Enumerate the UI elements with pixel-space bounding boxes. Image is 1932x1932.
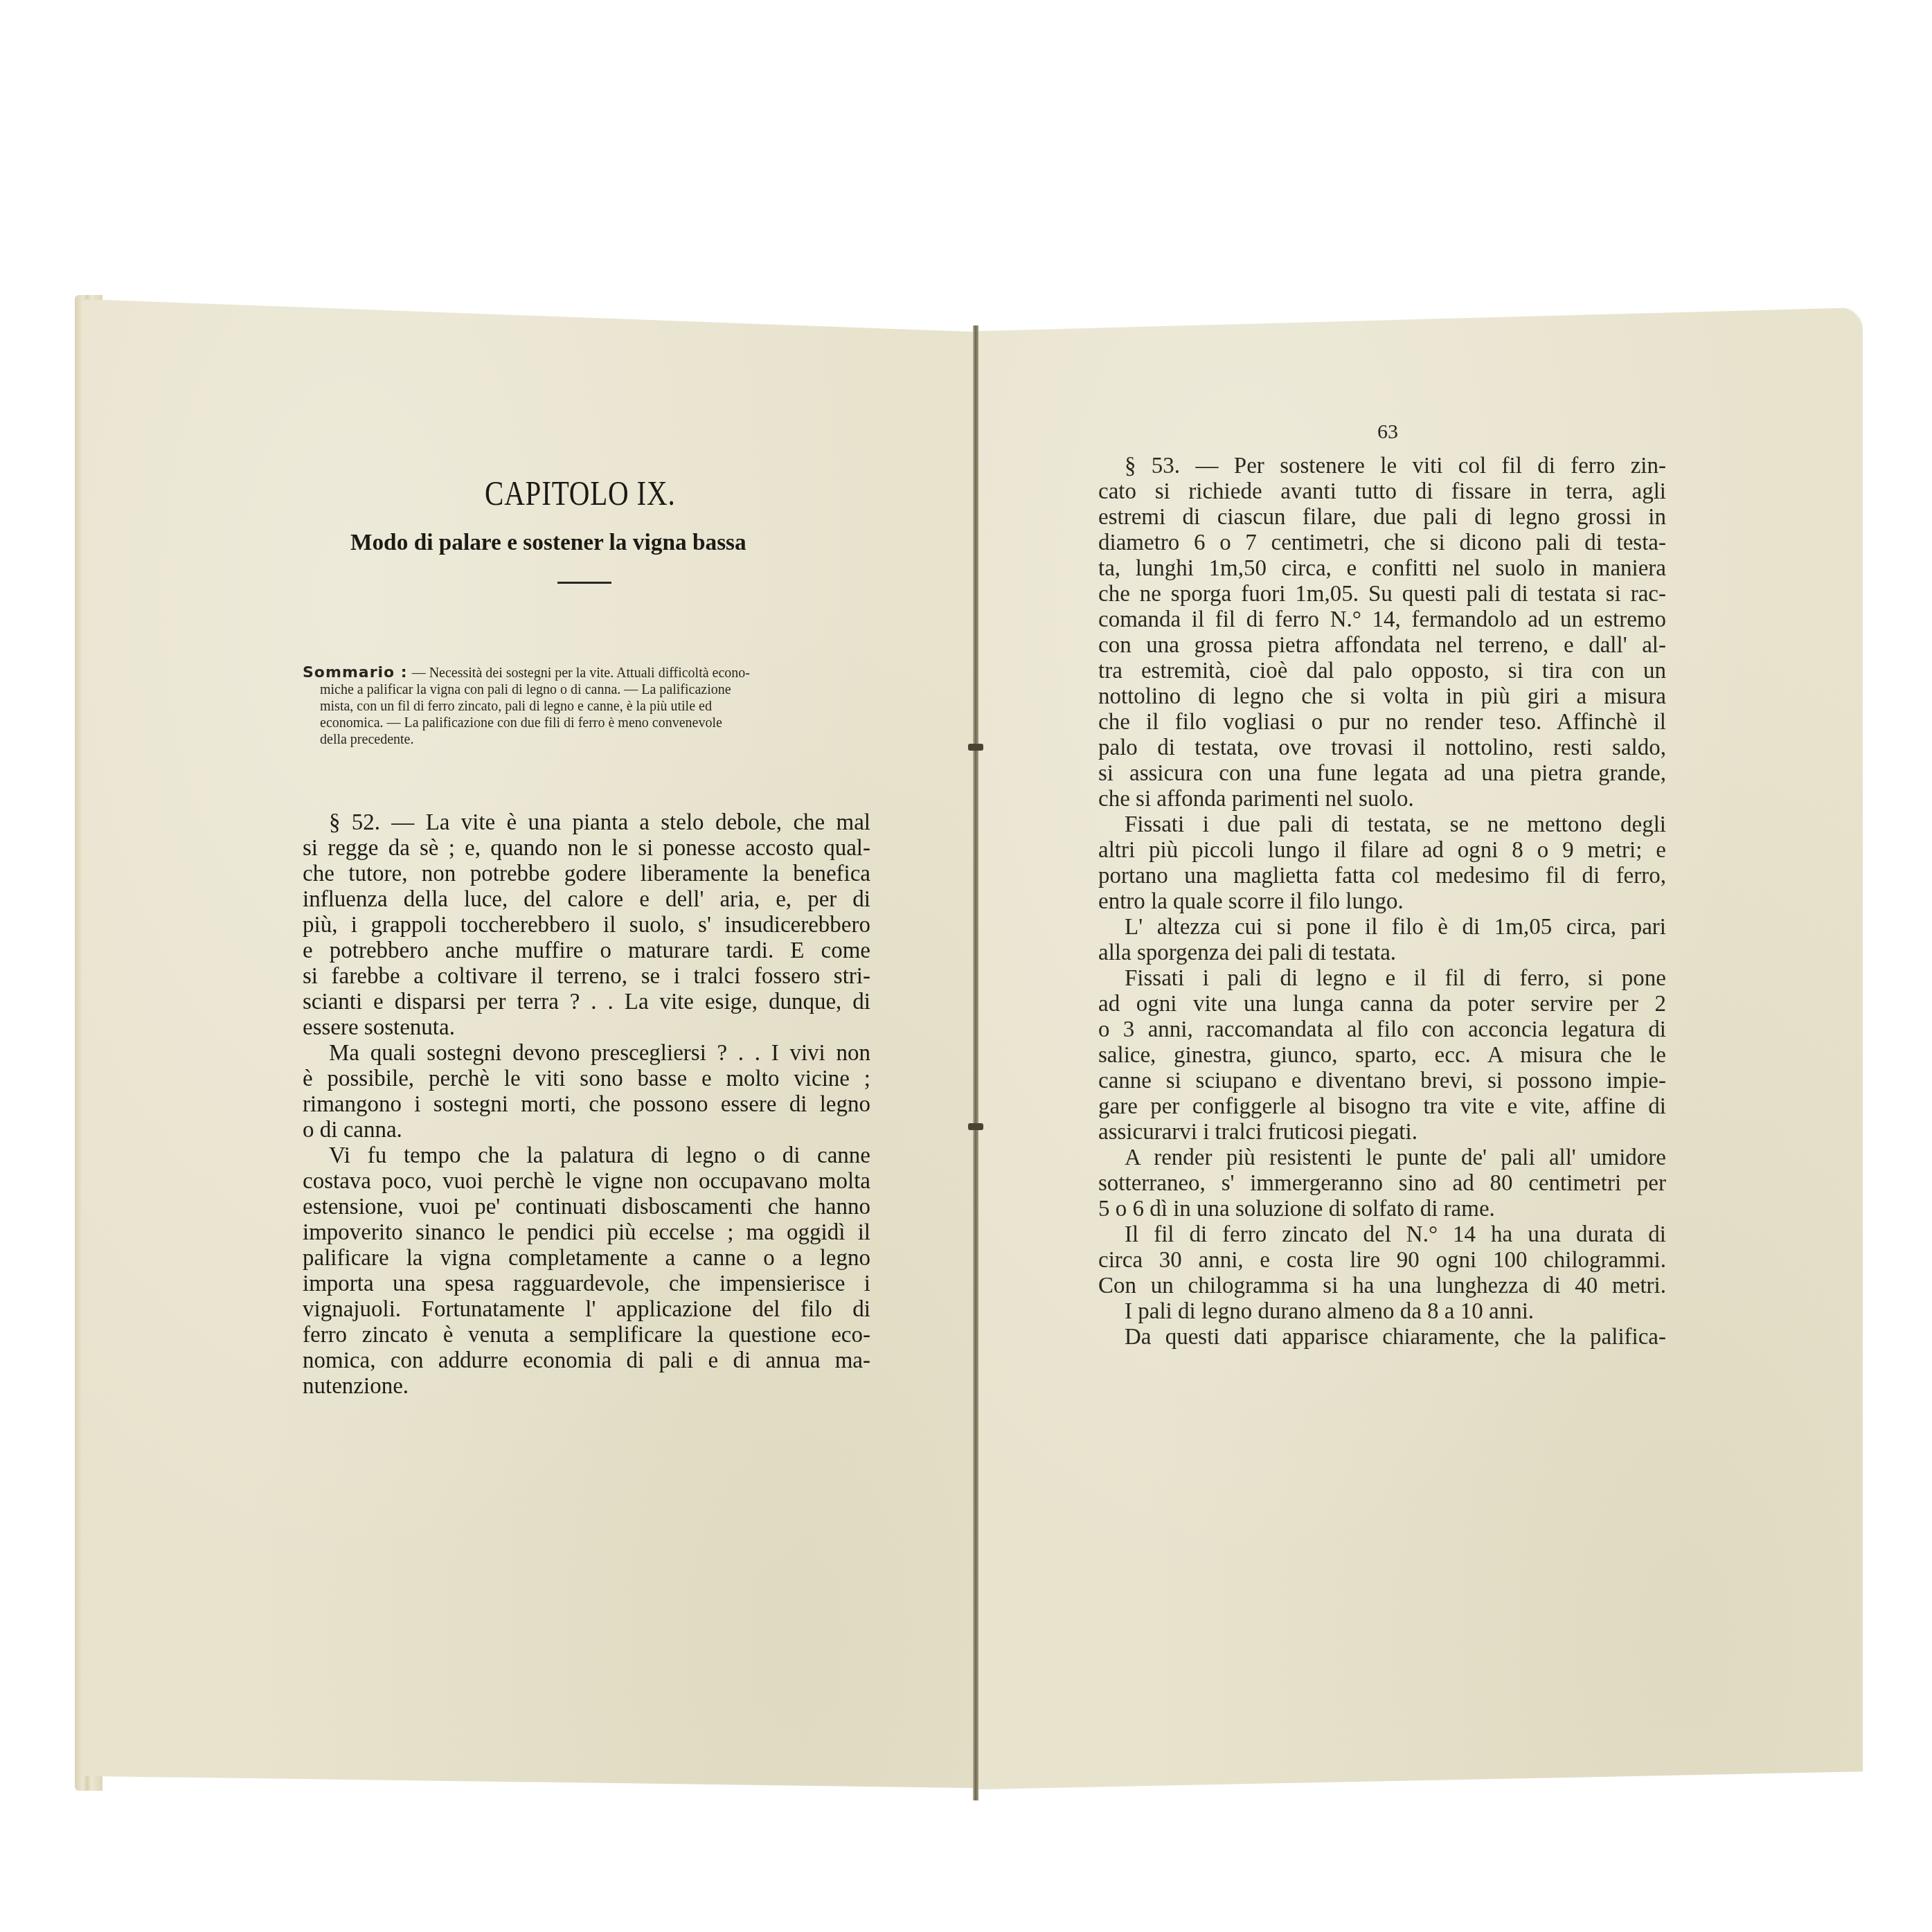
text-line: si regge da sè ; e, quando non le si pon… bbox=[303, 836, 870, 861]
text-line: rimangono i sostegni morti, che possono … bbox=[303, 1092, 870, 1118]
text-line: che ne sporga fuori 1m,05. Su questi pal… bbox=[1098, 582, 1666, 607]
page-number: 63 bbox=[1377, 420, 1398, 444]
text-line: altri più piccoli lungo il filare ad ogn… bbox=[1098, 838, 1666, 864]
text-line: e potrebbero anche muffire o maturare ta… bbox=[303, 938, 870, 964]
text-line: Vi fu tempo che la palatura di legno o d… bbox=[303, 1143, 870, 1169]
text-line: § 53. — Per sostenere le viti col fil di… bbox=[1098, 454, 1666, 479]
text-line: alla sporgenza dei pali di testata. bbox=[1098, 940, 1666, 966]
text-line: ta, lunghi 1m,50 circa, e confitti nel s… bbox=[1098, 556, 1666, 582]
text-line: impoverito sinanco le pendici più eccels… bbox=[303, 1220, 870, 1246]
text-line: o di canna. bbox=[303, 1118, 870, 1143]
text-line: Da questi dati apparisce chiaramente, ch… bbox=[1098, 1325, 1666, 1350]
text-line: assicurarvi i tralci fruticosi piegati. bbox=[1098, 1120, 1666, 1145]
text-line: Ma quali sostegni devono prescegliersi ?… bbox=[303, 1041, 870, 1066]
right-page-body: § 53. — Per sostenere le viti col fil di… bbox=[1098, 454, 1680, 1350]
summary-label: Sommario : bbox=[303, 664, 408, 681]
text-line: portano una maglietta fatta col medesimo… bbox=[1098, 864, 1666, 889]
summary-line: — Necessità dei sostegni per la vite. At… bbox=[412, 665, 750, 681]
text-line: importa una spesa ragguardevole, che imp… bbox=[303, 1271, 870, 1297]
text-line: cato si richiede avanti tutto di fissare… bbox=[1098, 479, 1666, 505]
text-line: entro la quale scorre il filo lungo. bbox=[1098, 889, 1666, 915]
chapter-subtitle: Modo di palare e sostener la vigna bassa bbox=[350, 530, 746, 556]
text-line: scianti e disparsi per terra ? . . La vi… bbox=[303, 990, 870, 1015]
text-line: L' altezza cui si pone il filo è di 1m,0… bbox=[1098, 915, 1666, 940]
text-line: vignajuoli. Fortunatamente l' applicazio… bbox=[303, 1297, 870, 1323]
text-line: nutenzione. bbox=[303, 1374, 870, 1399]
text-line: 5 o 6 dì in una soluzione di solfato di … bbox=[1098, 1197, 1666, 1222]
text-line: nomica, con addurre economia di pali e d… bbox=[303, 1348, 870, 1374]
text-line: I pali di legno durano almeno da 8 a 10 … bbox=[1098, 1299, 1666, 1325]
text-line: palo di testata, ove trovasi il nottolin… bbox=[1098, 735, 1666, 761]
text-line: che si affonda parimenti nel suolo. bbox=[1098, 787, 1666, 812]
binding-stitch-bottom bbox=[968, 1123, 983, 1130]
title-divider bbox=[557, 582, 611, 584]
summary-line: della precedente. bbox=[303, 731, 898, 748]
text-line: tra estremità, cioè dal palo opposto, si… bbox=[1098, 659, 1666, 684]
text-line: sotterraneo, s' immergeranno sino ad 80 … bbox=[1098, 1171, 1666, 1197]
binding-stitch-top bbox=[968, 744, 983, 751]
text-line: che il filo vogliasi o pur no render tes… bbox=[1098, 710, 1666, 735]
chapter-summary: Sommario :— Necessità dei sostegni per l… bbox=[303, 665, 898, 748]
text-line: Con un chilogramma si ha una lunghezza d… bbox=[1098, 1273, 1666, 1299]
text-line: ad ogni vite una lunga canna da poter se… bbox=[1098, 992, 1666, 1017]
text-line: gare per configgerle al bisogno tra vite… bbox=[1098, 1094, 1666, 1120]
text-line: canne si sciupano e diventano brevi, si … bbox=[1098, 1068, 1666, 1094]
text-line: § 52. — La vite è una pianta a stelo deb… bbox=[303, 810, 870, 836]
summary-line: miche a palificar la vigna con pali di l… bbox=[303, 681, 898, 698]
text-line: estremi di ciascun filare, due pali di l… bbox=[1098, 505, 1666, 530]
text-line: che tutore, non potrebbe godere liberame… bbox=[303, 861, 870, 887]
text-line: essere sostenuta. bbox=[303, 1015, 870, 1041]
text-line: è possibile, perchè le viti sono basse e… bbox=[303, 1066, 870, 1092]
summary-line: mista, con un fil di ferro zincato, pali… bbox=[303, 698, 898, 715]
text-line: influenza della luce, del calore e dell'… bbox=[303, 887, 870, 913]
text-line: si farebbe a coltivare il terreno, se i … bbox=[303, 964, 870, 990]
text-line: o 3 anni, raccomandata al filo con accon… bbox=[1098, 1017, 1666, 1043]
text-line: ferro zincato è venuta a semplificare la… bbox=[303, 1323, 870, 1348]
chapter-title: CAPITOLO IX. bbox=[485, 473, 676, 513]
text-line: più, i grappoli toccherebbero il suolo, … bbox=[303, 913, 870, 938]
text-line: estensione, vuoi pe' continuati disbosca… bbox=[303, 1195, 870, 1220]
text-line: si assicura con una fune legata ad una p… bbox=[1098, 761, 1666, 787]
text-line: con una grossa pietra affondata nel terr… bbox=[1098, 633, 1666, 659]
open-book: CAPITOLO IX. Modo di palare e sostener l… bbox=[0, 0, 1932, 1932]
text-line: salice, ginestra, giunco, sparto, ecc. A… bbox=[1098, 1043, 1666, 1068]
text-line: A render più resistenti le punte de' pal… bbox=[1098, 1145, 1666, 1171]
text-line: diametro 6 o 7 centimetri, che si dicono… bbox=[1098, 530, 1666, 556]
text-line: Fissati i pali di legno e il fil di ferr… bbox=[1098, 966, 1666, 992]
text-line: Fissati i due pali di testata, se ne met… bbox=[1098, 812, 1666, 838]
summary-line: economica. — La palificazione con due fi… bbox=[303, 715, 898, 731]
text-line: Il fil di ferro zincato del N.° 14 ha un… bbox=[1098, 1222, 1666, 1248]
text-line: nottolino di legno che si volta in più g… bbox=[1098, 684, 1666, 710]
text-line: palificare la vigna completamente a cann… bbox=[303, 1246, 870, 1271]
text-line: comanda il fil di ferro N.° 14, fermando… bbox=[1098, 607, 1666, 633]
text-line: costava poco, vuoi perchè le vigne non o… bbox=[303, 1169, 870, 1195]
left-page-body: § 52. — La vite è una pianta a stelo deb… bbox=[303, 810, 877, 1399]
book-gutter bbox=[973, 325, 978, 1800]
text-line: circa 30 anni, e costa lire 90 ogni 100 … bbox=[1098, 1248, 1666, 1273]
